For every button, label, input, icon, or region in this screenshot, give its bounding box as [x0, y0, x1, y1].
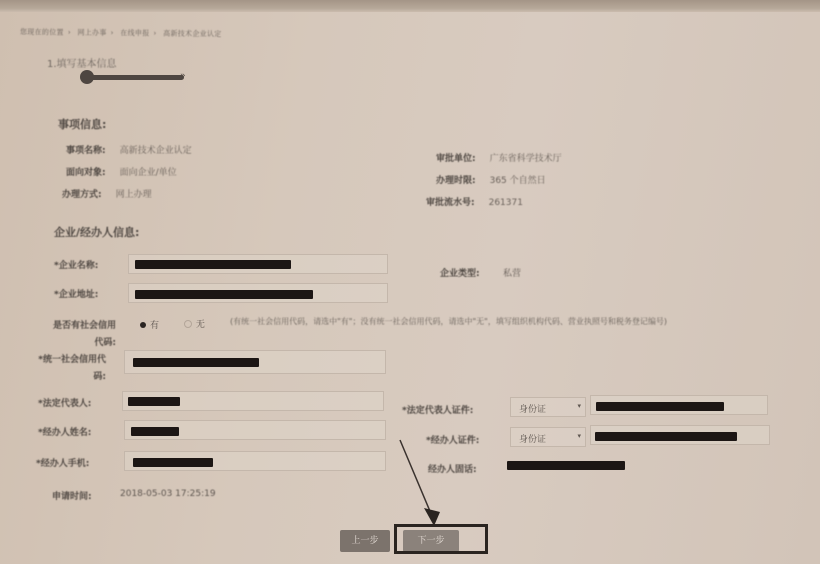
radio-unselected-icon: [184, 320, 192, 328]
redaction-bar: [595, 432, 737, 441]
serial-number-label: 审批流水号:: [426, 195, 475, 208]
matter-info-heading: 事项信息:: [58, 116, 106, 132]
handler-id-type-select[interactable]: 身份证 ▾: [510, 427, 586, 447]
handler-name-label: *经办人姓名:: [38, 425, 91, 438]
progress-current-step-dot: [80, 70, 94, 84]
radio-no[interactable]: 无: [184, 317, 205, 330]
company-address-input[interactable]: [128, 283, 388, 303]
redaction-bar: [135, 290, 313, 299]
breadcrumb-item: 高新技术企业认定: [163, 29, 221, 38]
redaction-bar: [596, 402, 724, 411]
radio-selected-icon: [140, 322, 146, 328]
credit-code-label: *统一社会信用代 码:: [30, 352, 106, 382]
breadcrumb-item[interactable]: 您现在的位置: [20, 28, 64, 36]
apply-time-value: 2018-05-03 17:25:19: [120, 489, 216, 499]
legal-rep-input[interactable]: [122, 391, 384, 411]
breadcrumb-item[interactable]: 在线申报: [120, 29, 149, 37]
matter-name-label: 事项名称:: [66, 143, 106, 156]
enterprise-info-heading: 企业/经办人信息:: [54, 224, 139, 240]
has-credit-code-label: 是否有社会信用 代码:: [38, 318, 116, 348]
redaction-bar: [133, 458, 213, 467]
apply-time-label: 申请时间:: [52, 489, 92, 502]
company-type-label: 企业类型:: [440, 266, 480, 279]
time-limit-row: 办理时限:365 个自然日: [436, 173, 546, 186]
handler-id-number-input[interactable]: [590, 425, 770, 445]
credit-code-input[interactable]: [124, 350, 386, 374]
handdrawn-arrow-icon: [0, 0, 820, 564]
handler-name-input[interactable]: [124, 420, 386, 440]
step-title: 1.填写基本信息: [47, 55, 117, 70]
serial-number-row: 审批流水号:261371: [426, 195, 523, 208]
company-address-label: *企业地址:: [54, 287, 98, 300]
legal-rep-id-number-input[interactable]: [590, 395, 768, 415]
matter-name-value: 高新技术企业认定: [120, 143, 192, 156]
handling-method-row: 办理方式:网上办理: [62, 187, 152, 200]
company-name-input[interactable]: [128, 254, 388, 274]
legal-rep-id-type-select[interactable]: 身份证 ▾: [510, 397, 586, 417]
chevron-down-icon: ▾: [577, 402, 581, 410]
handler-phone-label: 经办人固话:: [428, 462, 477, 475]
breadcrumb-item[interactable]: 网上办事: [77, 29, 106, 37]
target-audience-value: 面向企业/单位: [120, 165, 177, 178]
redaction-bar: [507, 461, 625, 470]
time-limit-value: 365 个自然日: [490, 173, 546, 186]
progress-arrow-icon: »: [180, 71, 186, 81]
has-credit-code-radio-group: 有 无: [140, 317, 227, 331]
redaction-bar: [133, 358, 259, 367]
handler-mobile-label: *经办人手机:: [36, 456, 89, 469]
redaction-bar: [131, 427, 179, 436]
target-audience-row: 面向对象:面向企业/单位: [66, 165, 177, 178]
previous-step-button[interactable]: 上一步: [340, 530, 390, 552]
step-progress-bar: »: [80, 70, 190, 84]
breadcrumb: 您现在的位置› 网上办事› 在线申报› 高新技术企业认定: [20, 27, 226, 39]
redaction-bar: [135, 260, 291, 269]
target-audience-label: 面向对象:: [66, 165, 106, 178]
handling-method-label: 办理方式:: [62, 187, 102, 200]
handler-id-label: *经办人证件:: [426, 433, 479, 446]
approval-unit-row: 审批单位:广东省科学技术厅: [436, 151, 562, 164]
matter-name-row: 事项名称:高新技术企业认定: [66, 143, 192, 156]
handler-phone-input[interactable]: [500, 455, 770, 475]
redaction-bar: [128, 397, 180, 406]
legal-rep-label: *法定代表人:: [38, 396, 91, 409]
credit-code-hint: (有统一社会信用代码，请选中"有"；没有统一社会信用代码，请选中"无"，填写组织…: [230, 316, 690, 328]
handling-method-value: 网上办理: [116, 187, 152, 200]
handdrawn-highlight-box: [394, 524, 488, 554]
approval-unit-label: 审批单位:: [436, 151, 476, 164]
legal-rep-id-label: *法定代表人证件:: [402, 403, 473, 416]
handler-mobile-input[interactable]: [124, 451, 386, 471]
time-limit-label: 办理时限:: [436, 173, 476, 186]
company-type-value: 私营: [503, 266, 521, 279]
progress-track: [88, 75, 184, 80]
approval-unit-value: 广东省科学技术厅: [490, 151, 562, 164]
company-name-label: *企业名称:: [54, 258, 98, 271]
chevron-down-icon: ▾: [577, 432, 581, 440]
serial-number-value: 261371: [489, 198, 523, 208]
application-form-page: 您现在的位置› 网上办事› 在线申报› 高新技术企业认定 1.填写基本信息 » …: [0, 0, 820, 564]
radio-yes[interactable]: 有: [140, 318, 159, 331]
